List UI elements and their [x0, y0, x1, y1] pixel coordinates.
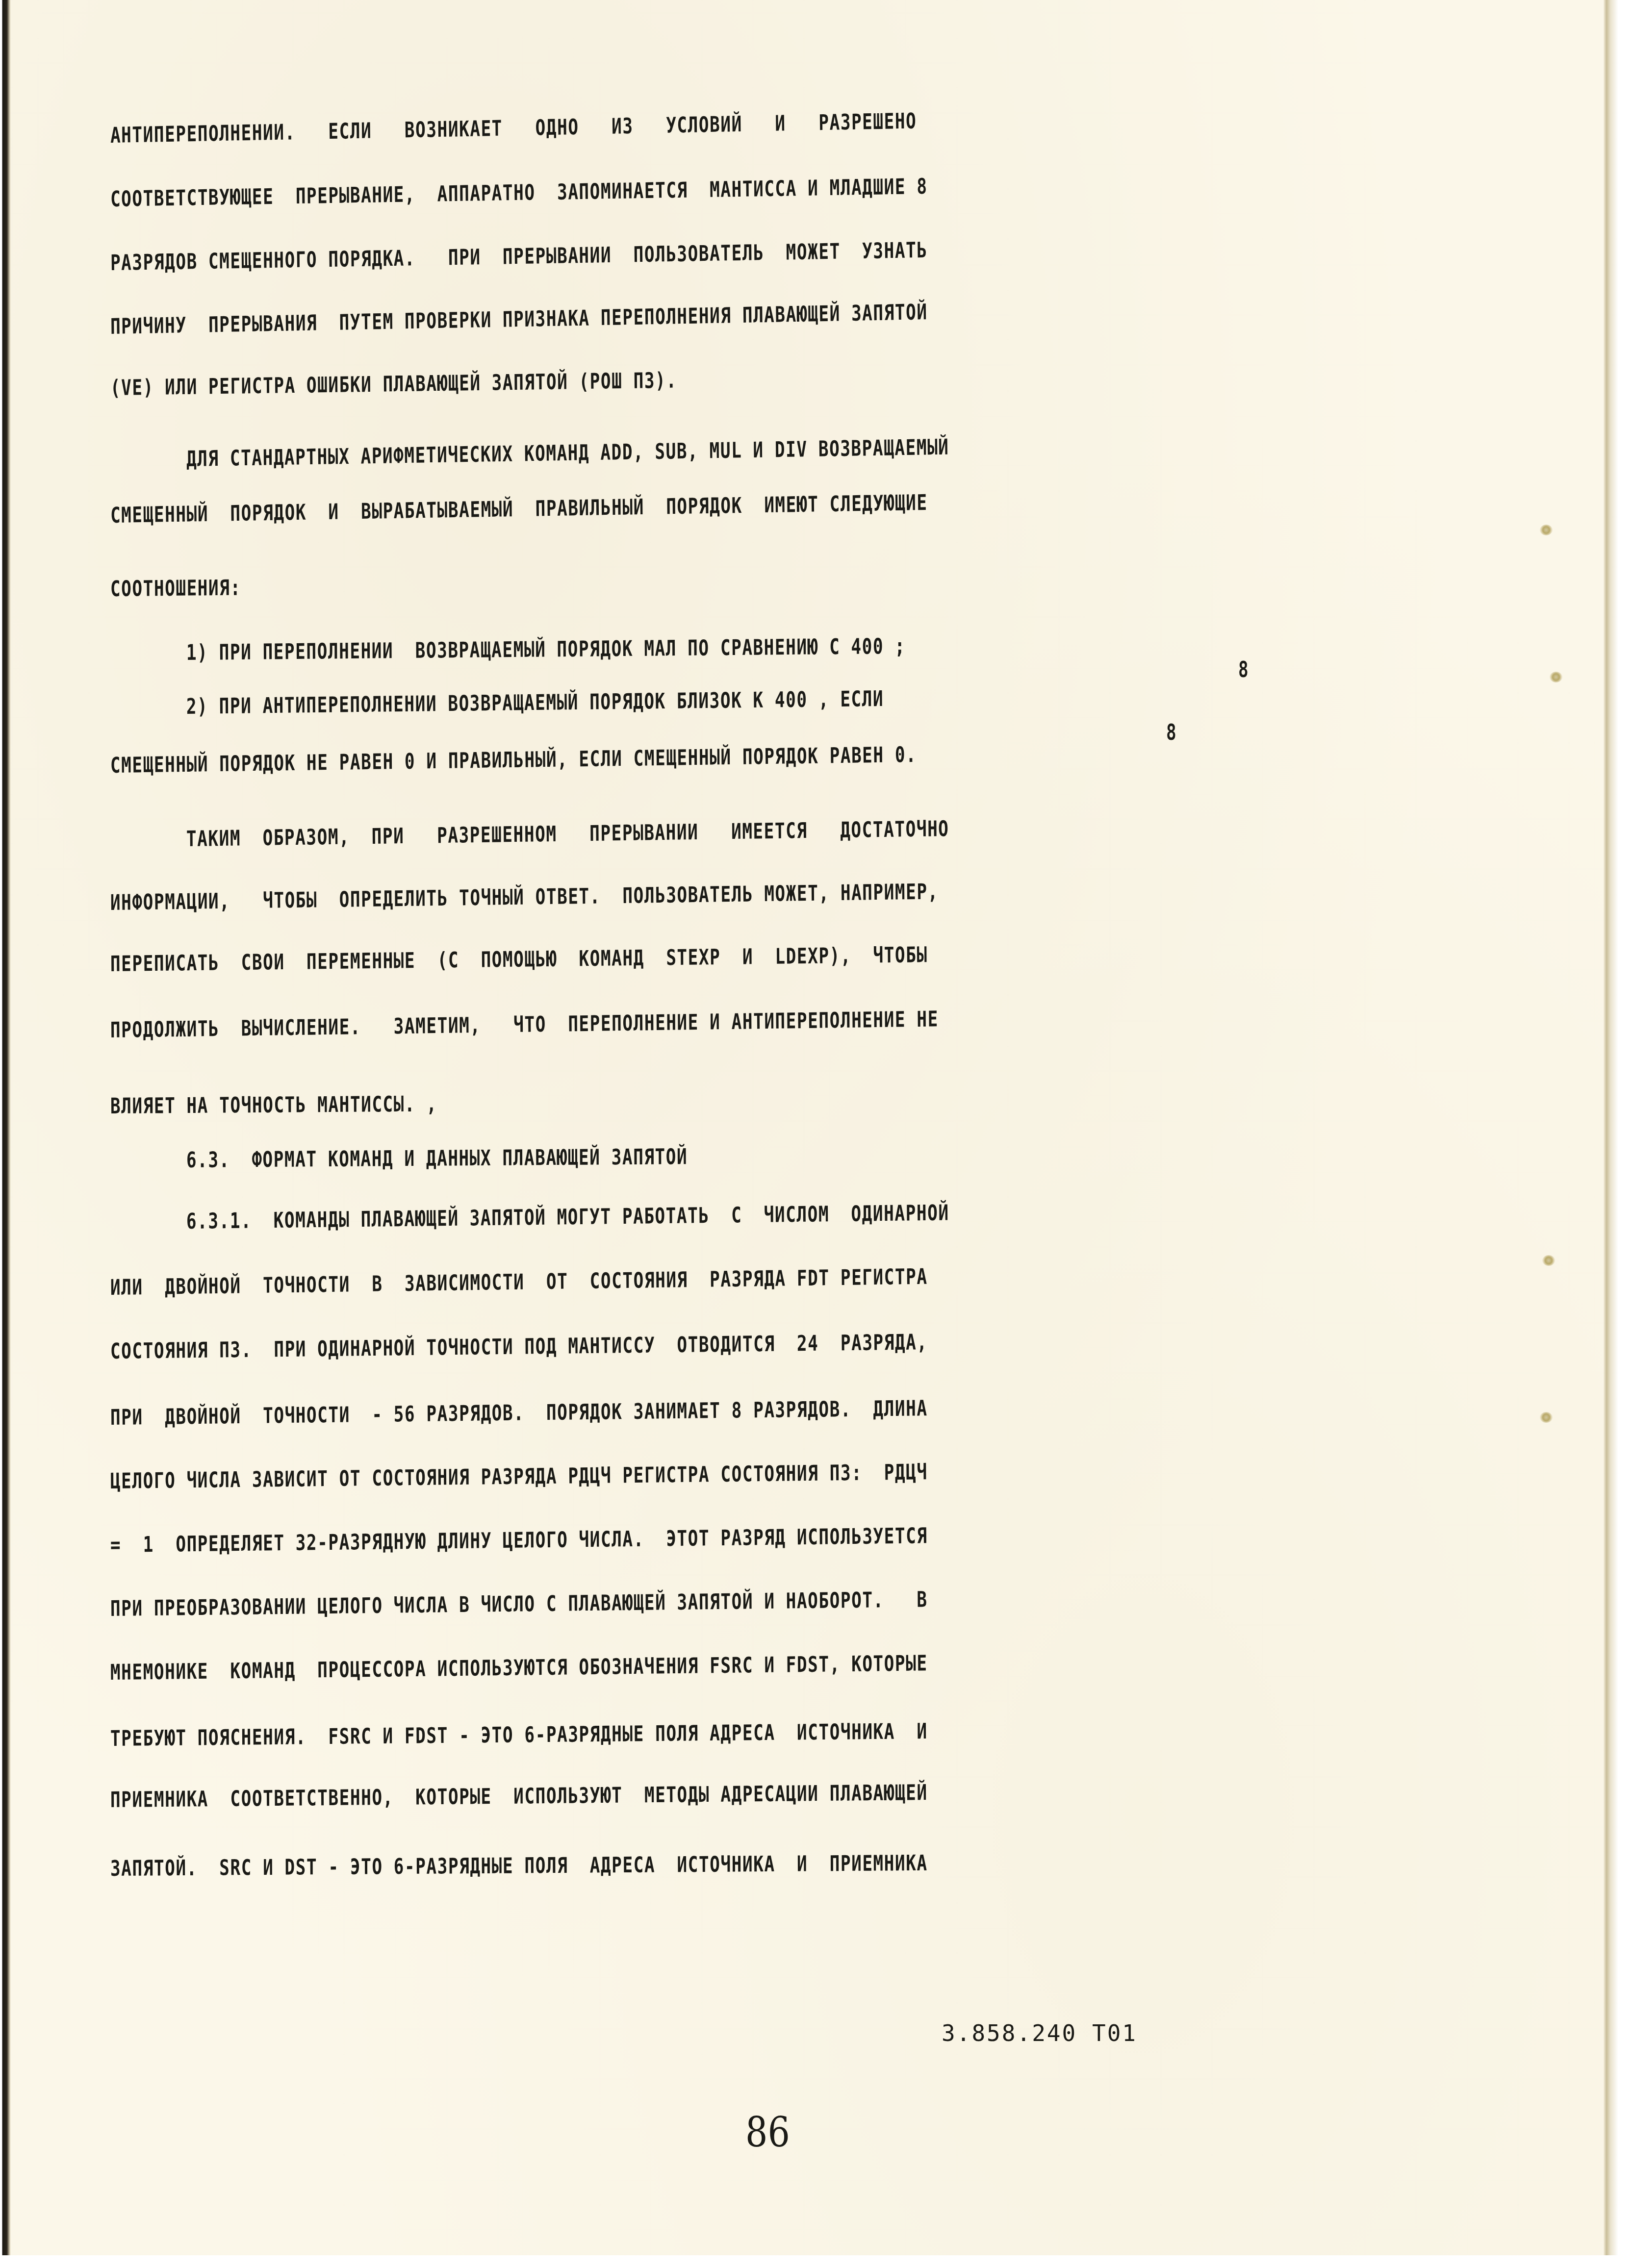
text-line: (VE) ИЛИ РЕГИСТРА ОШИБКИ ПЛАВАЮЩЕЙ ЗАПЯТ…	[110, 370, 677, 399]
text-line: ЦЕЛОГО ЧИСЛА ЗАВИСИТ ОТ СОСТОЯНИЯ РАЗРЯД…	[110, 1462, 928, 1492]
text-line: ИЛИ ДВОЙНОЙ ТОЧНОСТИ В ЗАВИСИМОСТИ ОТ СО…	[110, 1266, 928, 1299]
binding-hole-icon	[1540, 525, 1553, 535]
text-line: ПРИЧИНУ ПРЕРЫВАНИЯ ПУТЕМ ПРОВЕРКИ ПРИЗНА…	[110, 302, 928, 338]
text-line: ДЛЯ СТАНДАРТНЫХ АРИФМЕТИЧЕСКИХ КОМАНД AD…	[186, 437, 949, 470]
binding-hole-icon	[1542, 1255, 1555, 1266]
text-line: 6.3. ФОРМАТ КОМАНД И ДАННЫХ ПЛАВАЮЩЕЙ ЗА…	[186, 1146, 688, 1171]
text-line: 1) ПРИ ПЕРЕПОЛНЕНИИ ВОЗВРАЩАЕМЫЙ ПОРЯДОК…	[186, 636, 906, 664]
text-line: ЗАПЯТОЙ. SRC И DST - ЭТО 6-РАЗРЯДНЫЕ ПОЛ…	[110, 1853, 928, 1880]
text-line: ПРИ ДВОЙНОЙ ТОЧНОСТИ - 56 РАЗРЯДОВ. ПОРЯ…	[110, 1398, 928, 1429]
text-line: ИНФОРМАЦИИ, ЧТОБЫ ОПРЕДЕЛИТЬ ТОЧНЫЙ ОТВЕ…	[110, 881, 939, 914]
text-line: ТАКИМ ОБРАЗОМ, ПРИ РАЗРЕШЕННОМ ПРЕРЫВАНИ…	[186, 818, 949, 850]
subscript-base-8: 8	[1166, 722, 1176, 744]
text-line: СМЕЩЕННЫЙ ПОРЯДОК НЕ РАВЕН 0 И ПРАВИЛЬНЫ…	[110, 744, 917, 777]
text-line: СООТНОШЕНИЯ:	[110, 578, 241, 600]
text-line: ПРОДОЛЖИТЬ ВЫЧИСЛЕНИЕ. ЗАМЕТИМ, ЧТО ПЕРЕ…	[110, 1008, 939, 1041]
text-line: АНТИПЕРЕПОЛНЕНИИ. ЕСЛИ ВОЗНИКАЕТ ОДНО ИЗ…	[110, 111, 917, 147]
scanned-page: АНТИПЕРЕПОЛНЕНИИ. ЕСЛИ ВОЗНИКАЕТ ОДНО ИЗ…	[0, 0, 1633, 2268]
text-line: ТРЕБУЮТ ПОЯСНЕНИЯ. FSRC И FDST - ЭТО 6-Р…	[110, 1721, 928, 1750]
text-line: ПРИЕМНИКА СООТВЕТСТВЕННО, КОТОРЫЕ ИСПОЛЬ…	[110, 1782, 928, 1811]
text-line: 2) ПРИ АНТИПЕРЕПОЛНЕНИИ ВОЗВРАЩАЕМЫЙ ПОР…	[186, 688, 884, 718]
text-line: МНЕМОНИКЕ КОМАНД ПРОЦЕССОРА ИСПОЛЬЗУЮТСЯ…	[110, 1653, 928, 1684]
text-line: СООТВЕТСТВУЮЩЕЕ ПРЕРЫВАНИЕ, АППАРАТНО ЗА…	[110, 176, 928, 210]
text-line: = 1 ОПРЕДЕЛЯЕТ 32-РАЗРЯДНУЮ ДЛИНУ ЦЕЛОГО…	[110, 1525, 928, 1556]
subscript-base-8: 8	[1238, 659, 1249, 681]
text-line: СОСТОЯНИЯ ПЗ. ПРИ ОДИНАРНОЙ ТОЧНОСТИ ПОД…	[110, 1332, 928, 1362]
scan-bottom-edge	[0, 2255, 1633, 2268]
binding-hole-icon	[1550, 672, 1562, 682]
document-code: 3.858.240 Т01	[942, 2020, 1137, 2046]
scan-left-edge	[0, 0, 11, 2268]
text-line: 6.3.1. КОМАНДЫ ПЛАВАЮЩЕЙ ЗАПЯТОЙ МОГУТ Р…	[186, 1203, 949, 1233]
text-line: ВЛИЯЕТ НА ТОЧНОСТЬ МАНТИССЫ. ,	[110, 1094, 437, 1117]
text-line: ПЕРЕПИСАТЬ СВОИ ПЕРЕМЕННЫЕ (С ПОМОЩЬЮ КО…	[110, 944, 928, 975]
text-line: ПРИ ПРЕОБРАЗОВАНИИ ЦЕЛОГО ЧИСЛА В ЧИСЛО …	[110, 1589, 928, 1620]
text-line: РАЗРЯДОВ СМЕЩЕННОГО ПОРЯДКА. ПРИ ПРЕРЫВА…	[110, 240, 928, 274]
scan-right-edge	[1604, 0, 1633, 2268]
binding-hole-icon	[1540, 1412, 1553, 1423]
text-line: СМЕЩЕННЫЙ ПОРЯДОК И ВЫРАБАТЫВАЕМЫЙ ПРАВИ…	[110, 492, 928, 527]
page-number: 86	[745, 2108, 790, 2156]
